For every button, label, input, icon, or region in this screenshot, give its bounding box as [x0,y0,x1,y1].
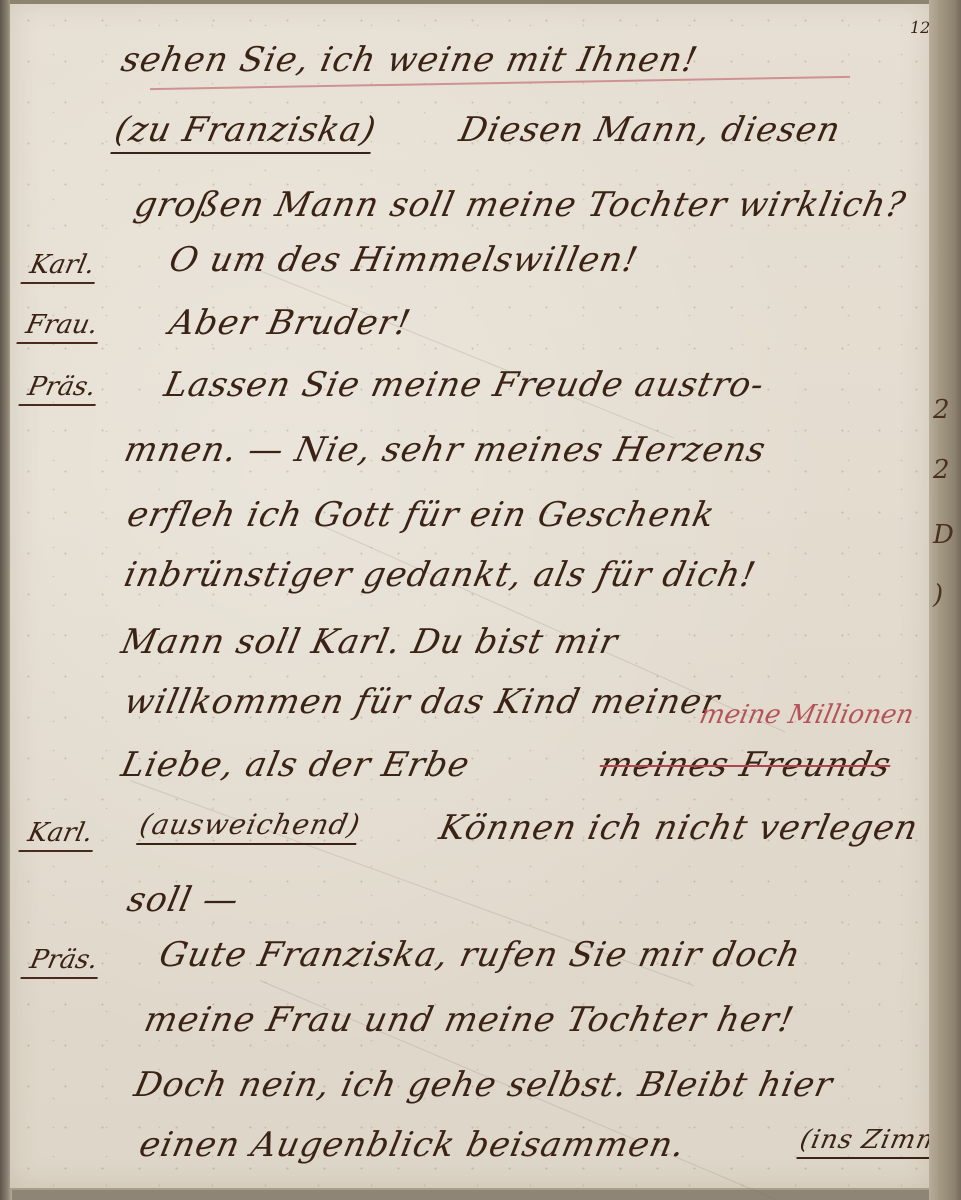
struck-through-words: meines Freunds [596,745,895,785]
edge-mark: 2 [933,395,950,425]
stage-direction-zu-franziska: (zu Franziska) [110,110,380,154]
manuscript-page: 12 sehen Sie, ich weine mit Ihnen! (zu F… [10,0,931,1190]
manuscript-line-7: mnen. — Nie, sehr meines Herzens [121,430,770,470]
manuscript-line-3: großen Mann soll meine Tochter wirklich? [131,185,910,225]
manuscript-line-18: einen Augenblick beisammen. [136,1125,689,1165]
manuscript-line-10: Mann soll Karl. Du bist mir [118,622,622,662]
book-binding-right-edge: 2 2 D ) [929,0,961,1200]
manuscript-line-11: willkommen für das Kind meiner [121,682,724,722]
manuscript-line-9: inbrünstiger gedankt, als für dich! [121,555,760,595]
stage-direction-ausweichend: (ausweichend) [136,808,364,845]
manuscript-line-2: Diesen Mann, diesen [456,110,845,150]
red-ink-insertion: meine Millionen [697,700,917,730]
speaker-label-frau: Frau. [16,310,104,344]
edge-mark: ) [933,580,943,610]
manuscript-line-6: Lassen Sie meine Freude austro- [161,365,768,405]
manuscript-line-17: Doch nein, ich gehe selbst. Bleibt hier [131,1065,837,1105]
manuscript-line-14: soll — [124,880,243,920]
edge-mark: 2 [933,455,950,485]
page-top-edge [10,0,930,4]
speaker-label-karl: Karl. [20,250,101,284]
folio-number: 12 [910,18,930,37]
speaker-label-karl-2: Karl. [18,818,99,852]
manuscript-line-12: Liebe, als der Erbe [118,745,474,785]
speaker-label-praes-2: Präs. [20,945,104,979]
manuscript-line-4: O um des Himmelswillen! [166,240,642,280]
speaker-label-praes: Präs. [18,372,102,406]
manuscript-line-1: sehen Sie, ich weine mit Ihnen! [118,40,702,80]
manuscript-line-5: Aber Bruder! [166,303,415,343]
manuscript-line-16: meine Frau und meine Tochter her! [141,1000,798,1040]
manuscript-line-8: erfleh ich Gott für ein Geschenk [124,495,719,535]
manuscript-line-15: Gute Franziska, rufen Sie mir doch [156,935,805,975]
edge-mark: D [933,520,954,550]
manuscript-line-13: Können ich nicht verlegen [436,808,922,848]
